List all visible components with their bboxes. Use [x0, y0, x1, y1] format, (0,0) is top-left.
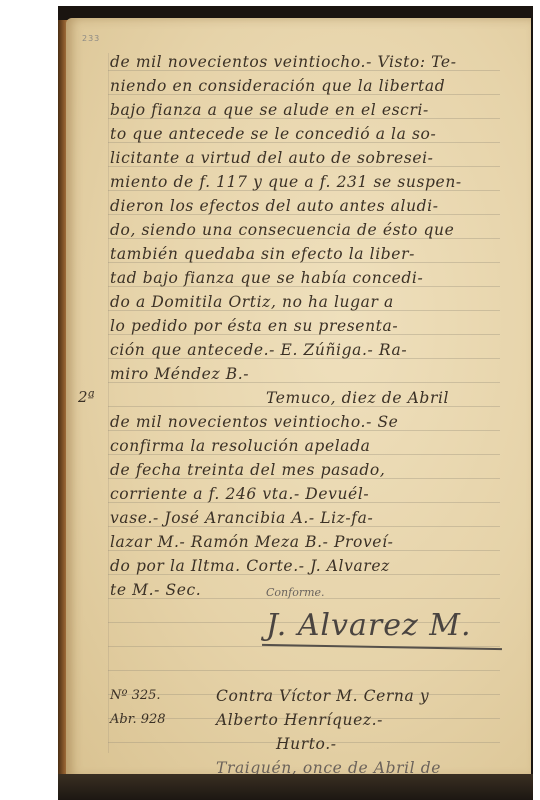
- handwritten-line: Alberto Henríquez.-: [216, 710, 506, 730]
- handwritten-line: dieron los efectos del auto antes aludi-: [110, 196, 505, 216]
- ledger-page: 233 de mil novecientos veintiocho.- Vis: [66, 18, 531, 778]
- handwritten-line: do, siendo una consecuencia de ésto que: [110, 220, 505, 240]
- handwritten-line: lo pedido por ésta en su presenta-: [110, 316, 505, 336]
- ledger-photo: 233 de mil novecientos veintiocho.- Vis: [58, 6, 533, 800]
- handwritten-line: to que antecede se le concedió a la so-: [110, 124, 505, 144]
- handwritten-line: do a Domitila Ortiz, no ha lugar a: [110, 292, 505, 312]
- case-date: Abr. 928: [110, 712, 166, 727]
- handwritten-line: también quedaba sin efecto la liber-: [110, 244, 505, 264]
- handwritten-line: Hurto.-: [276, 734, 476, 754]
- handwritten-line: Contra Víctor M. Cerna y: [216, 686, 506, 706]
- conforme-annotation: Conforme.: [266, 586, 325, 599]
- handwritten-line: bajo fianza a que se alude en el escri-: [110, 100, 505, 120]
- margin-rule: [108, 53, 109, 753]
- handwritten-line: de fecha treinta del mes pasado,: [110, 460, 505, 480]
- handwritten-line: tad bajo fianza que se había concedi-: [110, 268, 505, 288]
- ruled-line: [108, 670, 500, 671]
- entry-margin-label: 2ª: [78, 388, 95, 406]
- handwritten-line: do por la Iltma. Corte.- J. Alvarez: [110, 556, 505, 576]
- handwritten-line: confirma la resolución apelada: [110, 436, 505, 456]
- handwritten-line: vase.- José Arancibia A.- Liz-fa-: [110, 508, 505, 528]
- handwritten-line: miento de f. 117 y que a f. 231 se suspe…: [110, 172, 505, 192]
- handwritten-line: ción que antecede.- E. Zúñiga.- Ra-: [110, 340, 505, 360]
- signature-underline: [262, 644, 502, 650]
- signature: J. Alvarez M.: [266, 608, 472, 643]
- page-bottom-shadow: [58, 774, 533, 800]
- handwritten-line: de mil novecientos veintiocho.- Visto: T…: [110, 52, 505, 72]
- handwritten-line: de mil novecientos veintiocho.- Se: [110, 412, 505, 432]
- handwritten-line: lazar M.- Ramón Meza B.- Proveí-: [110, 532, 505, 552]
- handwritten-line: licitante a virtud del auto de sobresei-: [110, 148, 505, 168]
- page-number: 233: [82, 34, 100, 43]
- case-number: Nº 325.: [110, 688, 161, 703]
- handwritten-line: niendo en consideración que la libertad: [110, 76, 505, 96]
- handwritten-line: Temuco, diez de Abril: [266, 388, 506, 408]
- handwritten-line: te M.- Sec.: [110, 580, 200, 600]
- handwritten-line: corriente a f. 246 vta.- Devuél-: [110, 484, 505, 504]
- handwritten-line: miro Méndez B.-: [110, 364, 505, 384]
